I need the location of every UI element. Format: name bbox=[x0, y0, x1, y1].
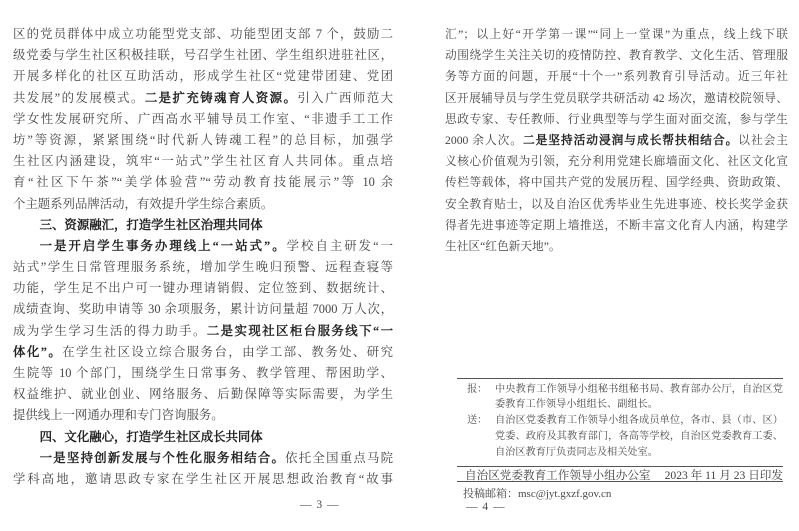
text-run-bold: 体化”。 bbox=[13, 345, 62, 359]
text-line: 提供线上一网通办理和专门咨询服务。 bbox=[13, 405, 393, 426]
text-run: 共发展”的发展模式。 bbox=[13, 91, 145, 105]
text-run: 以社会主 bbox=[738, 134, 788, 147]
text-run-bold: 一是开启学生事务办理线上“一站式”。 bbox=[40, 239, 287, 253]
text-run-bold: 一是坚持创新发展与个性化服务相结合。 bbox=[40, 451, 286, 465]
text-line: 一是坚持创新发展与个性化服务相结合。依托全国重点马院 bbox=[13, 448, 393, 469]
text-line: 生院等 10 个部门，围绕学生日常事务、教学管理、帮困助学、 bbox=[13, 363, 393, 384]
text-line: 生社区“红色新天地”。 bbox=[445, 236, 788, 257]
text-line: 体化”。在学生社区设立综合服务台，由学工部、教务处、研究 bbox=[13, 342, 393, 363]
text-line: 成为学生学习生活的得力助手。二是实现社区柜台服务线下“一 bbox=[13, 321, 393, 342]
text-run: 得者先进事迹等定期上墙推送，不断丰富文化育人内涵，构建学 bbox=[445, 219, 788, 232]
text-line: 思政专家、专任教师、行业典型等与学生面对面交流，参与学生 bbox=[445, 109, 788, 130]
distribution-entry: 报：中央教育工作领导小组秘书组秘书局、教育部办公厅，自治区党委教育工作领导小组组… bbox=[467, 382, 783, 414]
distribution-line: 委教育工作领导小组组长、副组长。 bbox=[495, 397, 783, 413]
text-run: 义核心价值观为引领，充分利用党建长廊墙面文化、社区文化宣 bbox=[445, 155, 788, 168]
page-3-page-number: — 3 — bbox=[300, 499, 340, 511]
text-line: 级党委与学生社区积极挂联，号召学生社团、学生组织进驻社区， bbox=[13, 45, 393, 66]
text-run: 2000 余人次。 bbox=[445, 134, 523, 147]
text-line: 学女性发展研究所、广西高水平辅导员工作室、“非遗手工工作 bbox=[13, 109, 393, 130]
text-line: 务等方面的问题，开展“十个一”系列教育引导活动。近三年社 bbox=[445, 66, 788, 87]
text-run: 思政专家、专任教师、行业典型等与学生面对面交流，参与学生 bbox=[445, 113, 788, 126]
text-run: 引入广西师范大 bbox=[297, 91, 393, 105]
text-line: 权益维护、就业创业、网络服务、后勤保障等实际需要，为学生 bbox=[13, 384, 393, 405]
text-run-bold: 二是坚持活动浸润与成长帮扶相结合。 bbox=[523, 134, 738, 147]
email-address: msc@jyt.gxzf.gov.cn bbox=[518, 488, 611, 500]
footer-divider-bottom bbox=[457, 481, 783, 482]
text-line: 个主题系列品牌活动，有效提升学生综合素质。 bbox=[13, 194, 393, 215]
distribution-lines: 中央教育工作领导小组秘书组秘书局、教育部办公厅，自治区党委教育工作领导小组组长、… bbox=[495, 382, 783, 414]
text-run: 学科高地，邀请思政专家在学生社区开展思想政治教育“故事 bbox=[13, 472, 393, 486]
text-run: 站式”学生日常管理服务系统，增加学生晚归预警、远程查寝等 bbox=[13, 260, 393, 274]
text-line: 四、文化融心，打造学生社区成长共同体 bbox=[13, 427, 393, 448]
text-line: 生社区内涵建设，筑牢“一站式”学生社区育人共同体。重点培 bbox=[13, 151, 393, 172]
text-line: 共发展”的发展模式。二是扩充铸魂育人资源。引入广西师范大 bbox=[13, 88, 393, 109]
distribution-lines: 自治区党委教育工作领导小组各成员单位，各市、县（市、区）党委、政府及其教育部门，… bbox=[495, 413, 783, 460]
text-line: 功能，学生足不出户可一键办理请销假、定位签到、数据统计、 bbox=[13, 278, 393, 299]
footer-divider-top bbox=[457, 378, 783, 379]
text-run: 育“社区下午茶”“美学体验营”“劳动教育技能展示”等 10 余 bbox=[13, 175, 393, 189]
text-run-bold: 四、文化融心，打造学生社区成长共同体 bbox=[40, 430, 263, 444]
text-line: 传栏等载体，将中国共产党的发展历程、国学经典、资助政策、 bbox=[445, 172, 788, 193]
text-run: 务等方面的问题，开展“十个一”系列教育引导活动。近三年社 bbox=[445, 70, 788, 83]
text-line: 安全教育贴士，以及自治区优秀毕业生先进事迹、校长奖学金获 bbox=[445, 194, 788, 215]
text-line: 2000 余人次。二是坚持活动浸润与成长帮扶相结合。以社会主 bbox=[445, 130, 788, 151]
text-run-bold: 三、资源融汇，打造学生社区治理共同体 bbox=[40, 218, 263, 232]
page-4-page-number: — 4 — bbox=[466, 501, 506, 513]
text-line: 动围绕学生关注关切的疫情防控、教育教学、文化生活、管理服 bbox=[445, 45, 788, 66]
page-3-body-text: 区的党员群体中成立功能型党支部、功能型团支部 7 个，鼓励二级党委与学生社区积极… bbox=[13, 24, 393, 490]
text-run-bold: 二是实现社区柜台服务线下“一 bbox=[207, 324, 393, 338]
text-line: 成绩查询、奖助申请等 30 余项服务，累计访问量超 7000 万人次， bbox=[13, 299, 393, 320]
text-run: 提供线上一网通办理和专门咨询服务。 bbox=[13, 408, 224, 422]
text-run: 区的党员群体中成立功能型党支部、功能型团支部 7 个，鼓励二 bbox=[13, 27, 393, 41]
text-run: 学校自主研发“一 bbox=[287, 239, 393, 253]
text-line: 汇”；以上好“开学第一课”“同上一堂课”为重点，线上线下联 bbox=[445, 24, 788, 45]
text-line: 得者先进事迹等定期上墙推送，不断丰富文化育人内涵，构建学 bbox=[445, 215, 788, 236]
text-line: 坊”等资源，紧紧围绕“时代新人铸魂工程”的总目标，加强学 bbox=[13, 130, 393, 151]
text-line: 区的党员群体中成立功能型党支部、功能型团支部 7 个，鼓励二 bbox=[13, 24, 393, 45]
text-line: 育“社区下午茶”“美学体验营”“劳动教育技能展示”等 10 余 bbox=[13, 172, 393, 193]
text-run: 生院等 10 个部门，围绕学生日常事务、教学管理、帮困助学、 bbox=[13, 366, 393, 380]
text-line: 三、资源融汇，打造学生社区治理共同体 bbox=[13, 215, 393, 236]
distribution-entry: 送：自治区党委教育工作领导小组各成员单位，各市、县（市、区）党委、政府及其教育部… bbox=[467, 413, 783, 460]
distribution-label: 送： bbox=[467, 413, 495, 460]
distribution-line: 自治区党委教育工作领导小组各成员单位，各市、县（市、区） bbox=[495, 413, 783, 429]
distribution-line: 中央教育工作领导小组秘书组秘书局、教育部办公厅，自治区党 bbox=[495, 382, 783, 398]
distribution-line: 党委、政府及其教育部门，各高等学校，自治区党委教育工委、 bbox=[495, 429, 783, 445]
text-run: 汇”；以上好“开学第一课”“同上一堂课”为重点，线上线下联 bbox=[445, 28, 788, 41]
text-run: 生社区“红色新天地”。 bbox=[445, 240, 561, 253]
text-run: 在学生社区设立综合服务台，由学工部、教务处、研究 bbox=[62, 345, 393, 359]
text-run: 传栏等载体，将中国共产党的发展历程、国学经典、资助政策、 bbox=[445, 176, 788, 189]
distribution-block: 报：中央教育工作领导小组秘书组秘书局、教育部办公厅，自治区党委教育工作领导小组组… bbox=[467, 382, 783, 461]
text-run: 功能，学生足不出户可一键办理请销假、定位签到、数据统计、 bbox=[13, 281, 393, 295]
text-run: 依托全国重点马院 bbox=[285, 451, 393, 465]
email-label: 投稿邮箱： bbox=[463, 488, 518, 500]
page-4-body-text: 汇”；以上好“开学第一课”“同上一堂课”为重点，线上线下联动围绕学生关注关切的疫… bbox=[445, 24, 788, 257]
submission-email-line: 投稿邮箱：msc@jyt.gxzf.gov.cn bbox=[463, 485, 611, 501]
text-run: 级党委与学生社区积极挂联，号召学生社团、学生组织进驻社区， bbox=[13, 48, 393, 62]
text-run: 区开展辅导员与学生党员联学共研活动 42 场次，邀请校院领导、 bbox=[445, 92, 788, 105]
distribution-label: 报： bbox=[467, 382, 495, 414]
text-run: 坊”等资源，紧紧围绕“时代新人铸魂工程”的总目标，加强学 bbox=[13, 133, 393, 147]
text-run-bold: 二是扩充铸魂育人资源。 bbox=[145, 91, 298, 105]
text-run: 学女性发展研究所、广西高水平辅导员工作室、“非遗手工工作 bbox=[13, 112, 393, 126]
text-line: 义核心价值观为引领，充分利用党建长廊墙面文化、社区文化宣 bbox=[445, 151, 788, 172]
text-run: 个主题系列品牌活动，有效提升学生综合素质。 bbox=[13, 197, 273, 211]
text-run: 成绩查询、奖助申请等 30 余项服务，累计访问量超 7000 万人次， bbox=[13, 302, 393, 316]
text-run: 安全教育贴士，以及自治区优秀毕业生先进事迹、校长奖学金获 bbox=[445, 198, 788, 211]
text-run: 开展多样化的社区互助活动，形成学生社区“党建带团建、党团 bbox=[13, 69, 393, 83]
text-line: 站式”学生日常管理服务系统，增加学生晚归预警、远程查寝等 bbox=[13, 257, 393, 278]
text-line: 学科高地，邀请思政专家在学生社区开展思想政治教育“故事 bbox=[13, 469, 393, 490]
text-line: 开展多样化的社区互助活动，形成学生社区“党建带团建、党团 bbox=[13, 66, 393, 87]
text-line: 区开展辅导员与学生党员联学共研活动 42 场次，邀请校院领导、 bbox=[445, 88, 788, 109]
text-run: 成为学生学习生活的得力助手。 bbox=[13, 324, 207, 338]
text-run: 动围绕学生关注关切的疫情防控、教育教学、文化生活、管理服 bbox=[445, 49, 788, 62]
text-run: 权益维护、就业创业、网络服务、后勤保障等实际需要，为学生 bbox=[13, 387, 393, 401]
text-line: 一是开启学生事务办理线上“一站式”。学校自主研发“一 bbox=[13, 236, 393, 257]
text-run: 生社区内涵建设，筑牢“一站式”学生社区育人共同体。重点培 bbox=[13, 154, 393, 168]
distribution-line: 自治区教育厅负责同志及相关处室。 bbox=[495, 445, 783, 461]
